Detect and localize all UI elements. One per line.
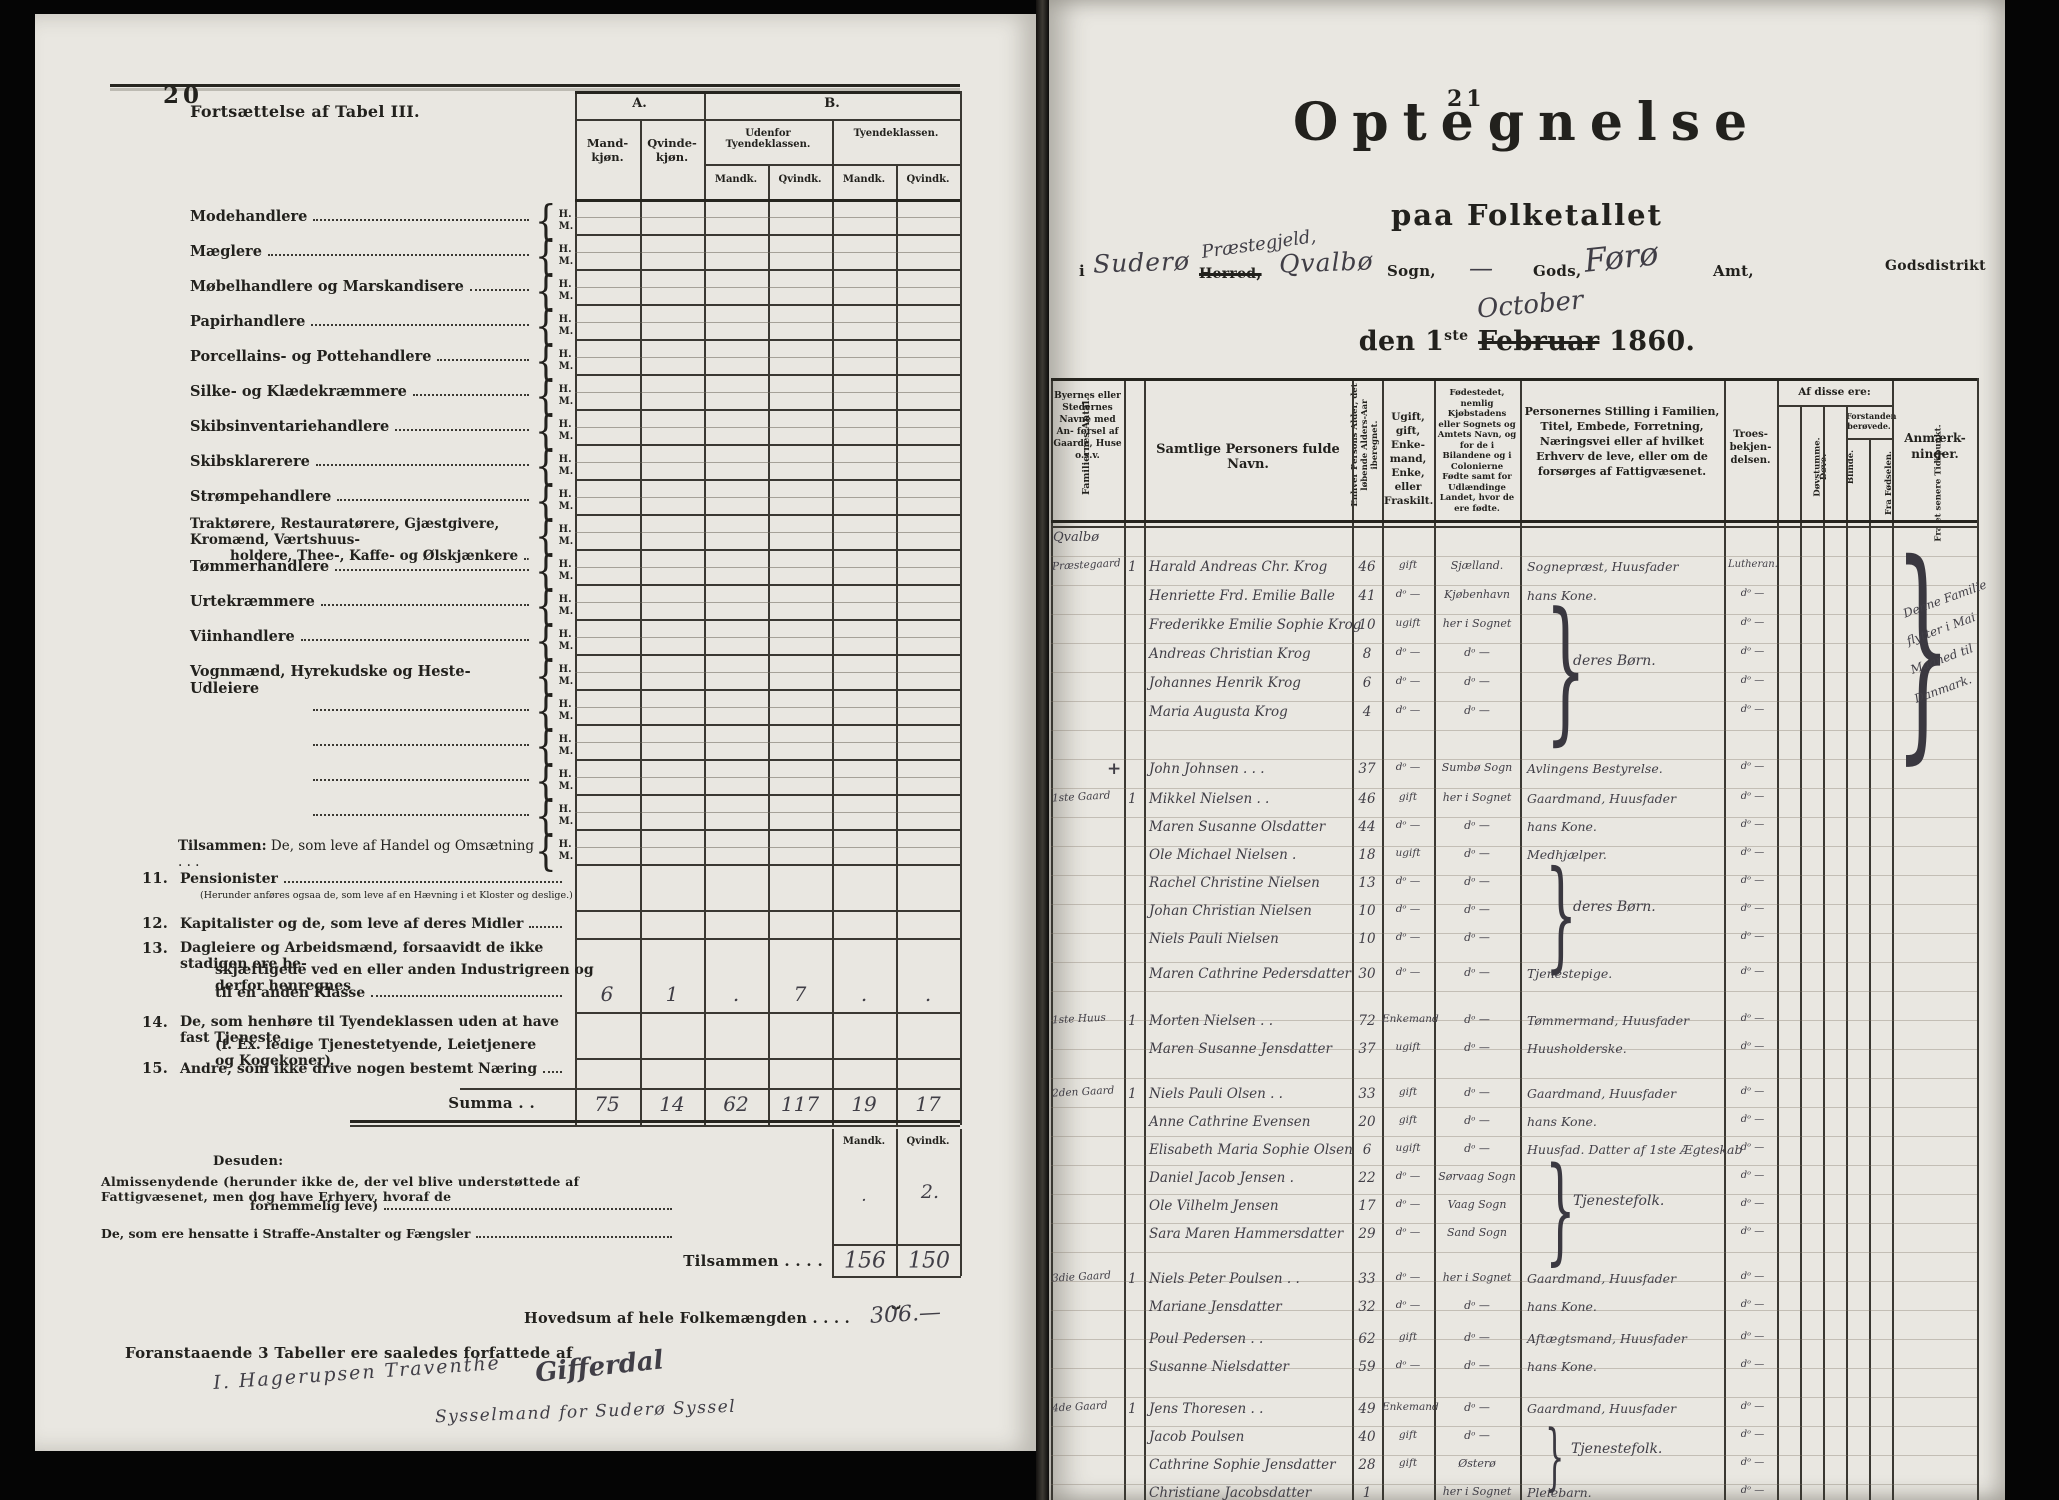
brace-glyph: { [535, 826, 557, 876]
group-label: Tjenestefolk. [1573, 1193, 1664, 1209]
person-age: 22 [1352, 1170, 1382, 1186]
almisse-line2: fornemmelig leve) [250, 1198, 678, 1213]
birthplace: Vaag Sogn [1434, 1198, 1520, 1211]
birthplace: dᵒ — [1434, 1331, 1520, 1344]
faith: dᵒ — [1728, 1331, 1777, 1342]
ruled-line [1051, 1194, 1977, 1195]
occupation-row: Viinhandlere [190, 628, 535, 645]
grid-hline [1051, 378, 1977, 381]
bottom-tilsammen-label: Tilsammen . . . . [635, 1252, 823, 1270]
col-mandk-2: Mandk. [832, 174, 896, 185]
tilsammen-bold: Tilsammen: [178, 838, 267, 854]
grid-hline [575, 910, 960, 912]
person-age: 37 [1352, 761, 1382, 777]
hdr-familiernes-antal-text: Familiernes Antal. [1081, 397, 1092, 495]
faith: Lutheran. [1728, 559, 1777, 570]
ruled-line [1051, 1136, 1977, 1137]
item-handwritten-value: . [733, 982, 739, 1006]
item-handwritten-value: . [925, 982, 931, 1006]
grid-vline [1051, 378, 1053, 1500]
occupation-label: Møbelhandlere og Marskandisere [190, 278, 535, 295]
hm-letters: H.M. [559, 489, 574, 513]
grid-hline [1846, 438, 1892, 440]
person-name: Niels Pauli Nielsen [1149, 931, 1279, 947]
faith: dᵒ — [1728, 1013, 1777, 1024]
person-age: 72 [1352, 1013, 1382, 1029]
person-name: Daniel Jacob Jensen . [1149, 1170, 1294, 1186]
brace-h: H. [559, 314, 574, 326]
brace-h: H. [559, 454, 574, 466]
margin-heading: Qvalbø [1053, 530, 1099, 545]
family-count: 1 [1128, 1271, 1137, 1287]
item-number: 15. [142, 1060, 168, 1077]
grid-hline [575, 304, 960, 306]
date-line: den 1ste Februar 1860. [1049, 326, 2005, 357]
dotted-leader [313, 208, 529, 221]
hm-letters: H.M. [559, 839, 574, 863]
ruled-line [1051, 730, 1977, 731]
person-name: Andreas Christian Krog [1149, 646, 1311, 662]
children-brace: } [1545, 1428, 1564, 1486]
marital-status: dᵒ — [1382, 761, 1434, 773]
item-number: 14. [142, 1014, 168, 1031]
person-name: Jens Thoresen . . [1149, 1401, 1263, 1417]
position-in-family: Avlingens Bestyrelse. [1527, 761, 1663, 776]
birthplace: Østerø [1434, 1457, 1520, 1470]
occupation-row: Tømmerhandlere [190, 558, 535, 575]
faith: dᵒ — [1728, 1299, 1777, 1310]
marital-status: gift [1382, 1331, 1434, 1343]
occupation-row: Vognmænd, Hyrekudske og Heste-Udleiere [190, 663, 535, 697]
brace-h: H. [559, 349, 574, 361]
col-qvindk-2: Qvindk. [896, 174, 960, 185]
grid-hline [575, 119, 960, 121]
forfattet-line: Foranstaaende 3 Tabeller ere saaledes fo… [125, 1344, 573, 1362]
occupation-label: Skibsinventariehandlere [190, 418, 535, 435]
person-name: Ole Michael Nielsen . [1149, 847, 1296, 863]
grid-subline [575, 777, 960, 778]
birthplace: Sumbø Sogn [1434, 761, 1520, 774]
summa-value: 14 [659, 1092, 684, 1116]
dotted-leader [384, 1199, 672, 1210]
marital-status: dᵒ — [1382, 1226, 1434, 1238]
summa-value: 19 [851, 1092, 876, 1116]
grid-hline [1051, 526, 1977, 528]
col-tyendeklassen: Tyendeklassen. [832, 128, 960, 139]
occupation-row: Urtekræmmere [190, 593, 535, 610]
occupation-row: Modehandlere [190, 208, 535, 225]
birthplace: dᵒ — [1434, 1041, 1520, 1054]
marital-status: ugift [1382, 847, 1434, 859]
place-label: 4de Gaard [1052, 1400, 1108, 1415]
faith: dᵒ — [1728, 1142, 1777, 1153]
box-line [960, 1129, 962, 1276]
item-line: Kapitalister og de, som leve af deres Mi… [180, 915, 568, 932]
person-age: 17 [1352, 1198, 1382, 1214]
occupation-row: Porcellains- og Pottehandlere [190, 348, 535, 365]
hm-letters: H.M. [559, 349, 574, 373]
grid-subline [575, 252, 960, 253]
title: Optegnelse [1049, 92, 2005, 153]
dotted-leader [529, 915, 562, 928]
occupation-label: Modehandlere [190, 208, 535, 225]
marital-status: gift [1382, 1114, 1434, 1126]
birthplace: dᵒ — [1434, 875, 1520, 888]
birthplace: dᵒ — [1434, 1086, 1520, 1099]
col-mandk-1: Mandk. [704, 174, 768, 185]
hdr-troesbekjendelsen: Troes- bekjen- delsen. [1726, 428, 1775, 467]
date-struck: Februar [1478, 326, 1599, 357]
dotted-leader [313, 768, 529, 781]
brace-h: H. [559, 629, 574, 641]
grid-subline [575, 532, 960, 533]
faith: dᵒ — [1728, 1401, 1777, 1412]
brace-m: M. [559, 396, 574, 408]
brace-h: H. [559, 419, 574, 431]
occupation-row: Traktørere, Restauratørere, Gjæstgivere,… [190, 516, 535, 564]
birthplace: dᵒ — [1434, 1299, 1520, 1312]
marital-status: Enkemand [1382, 1013, 1434, 1025]
birthplace: dᵒ — [1434, 704, 1520, 717]
ruled-line [1051, 1455, 1977, 1456]
birthplace: dᵒ — [1434, 1114, 1520, 1127]
occupation-row: Skibsklarerere [190, 453, 535, 470]
printed-herred: Herred, [1199, 266, 1262, 282]
faith: dᵒ — [1728, 1114, 1777, 1125]
tilsammen-value-m: 156 [844, 1249, 886, 1274]
scanned-census-spread: 20 Fortsættelse af Tabel III. A. B. Mand… [0, 0, 2059, 1500]
item-note: (Herunder anføres ogsaa de, som leve af … [200, 890, 573, 901]
position-in-family: hans Kone. [1527, 1359, 1597, 1374]
hovedsum-label: Hovedsum af hele Folkemængden . . . . [465, 1310, 850, 1327]
marital-status: dᵒ — [1382, 704, 1434, 716]
brace-h: H. [559, 699, 574, 711]
faith: dᵒ — [1728, 1086, 1777, 1097]
top-rule [110, 84, 960, 87]
marital-status: dᵒ — [1382, 1359, 1434, 1371]
faith: dᵒ — [1728, 646, 1777, 657]
marital-status: dᵒ — [1382, 1271, 1434, 1283]
left-page: 20 Fortsættelse af Tabel III. A. B. Mand… [35, 14, 1036, 1451]
birthplace: dᵒ — [1434, 1429, 1520, 1442]
item-line: Andre, som ikke drive nogen bestemt Næri… [180, 1060, 568, 1077]
grid-vline [896, 164, 898, 1125]
hdr-subcol-2: Blinde. [1846, 450, 1856, 484]
person-age: 6 [1352, 1142, 1382, 1158]
brace-m: M. [559, 816, 574, 828]
ruled-line [1051, 817, 1977, 818]
person-name: Maren Cathrine Pedersdatter [1149, 966, 1351, 982]
brace-m: M. [559, 361, 574, 373]
hw-october: October [1476, 285, 1585, 324]
grid-subline [575, 427, 960, 428]
faith: dᵒ — [1728, 675, 1777, 686]
brace-m: M. [559, 676, 574, 688]
ruled-line [1051, 1107, 1977, 1108]
faith: dᵒ — [1728, 1041, 1777, 1052]
marital-status: dᵒ — [1382, 675, 1434, 687]
position-in-family: hans Kone. [1527, 1114, 1597, 1129]
dotted-leader [476, 1227, 672, 1238]
hm-letters: H.M. [559, 559, 574, 583]
family-count: 1 [1128, 559, 1137, 575]
birthplace: Kjøbenhavn [1434, 588, 1520, 601]
straffe-line: De, som ere hensatte i Straffe-Anstalter… [101, 1226, 678, 1241]
dotted-leader [543, 1060, 562, 1073]
grid-subline [575, 287, 960, 288]
col-group-a: A. [575, 96, 704, 111]
person-name: Susanne Nielsdatter [1149, 1359, 1289, 1375]
ruled-line [1051, 701, 1977, 702]
position-in-family: Gaardmand, Huusfader [1527, 1401, 1676, 1416]
children-brace: } [1545, 868, 1577, 964]
summa-value: 62 [723, 1092, 748, 1116]
dotted-leader [337, 488, 529, 501]
birthplace: dᵒ — [1434, 1142, 1520, 1155]
family-count: 1 [1128, 1013, 1137, 1029]
birthplace: dᵒ — [1434, 675, 1520, 688]
brace-m: M. [559, 536, 574, 548]
almisse-line2-text: fornemmelig leve) [250, 1198, 378, 1213]
place-label: 3die Gaard [1052, 1269, 1112, 1284]
position-in-family: Tømmermand, Huusfader [1527, 1013, 1689, 1028]
grid-subline [575, 637, 960, 638]
person-age: 44 [1352, 819, 1382, 835]
dotted-leader [311, 313, 529, 326]
person-name: Frederikke Emilie Sophie Krog [1149, 617, 1361, 633]
ruled-line [1051, 585, 1977, 586]
person-age: 20 [1352, 1114, 1382, 1130]
occupation-label: Silke- og Klædekræmmere [190, 383, 535, 400]
col-group-b: B. [704, 96, 960, 111]
occupation-label: Viinhandlere [190, 628, 535, 645]
dotted-leader [413, 383, 529, 396]
hm-brace: {H.M. [535, 831, 573, 871]
person-name: Mariane Jensdatter [1149, 1299, 1282, 1315]
grid-hline [575, 234, 960, 236]
dotted-leader [301, 628, 529, 641]
grid-hline [575, 444, 960, 446]
loc-prefix: i [1079, 262, 1085, 280]
ruled-line [1051, 614, 1977, 615]
occupation-row: Silke- og Klædekræmmere [190, 383, 535, 400]
dotted-leader [335, 558, 529, 571]
grid-subline [575, 322, 960, 323]
grid-vline [1892, 378, 1894, 1500]
dotted-leader [437, 348, 529, 361]
birthplace: dᵒ — [1434, 819, 1520, 832]
brace-m: M. [559, 291, 574, 303]
person-name: Niels Peter Poulsen . . [1149, 1271, 1300, 1287]
col-mandkjon: Mand-kjøn. [575, 136, 640, 164]
hdr-alder-text: Enhver Persons Alder, det løbende Alders… [1350, 379, 1380, 511]
birthplace: dᵒ — [1434, 903, 1520, 916]
hm-letters: H.M. [559, 384, 574, 408]
grid-hline [575, 759, 960, 761]
person-name: Maren Susanne Olsdatter [1149, 819, 1325, 835]
col-udenfor-tyende: Udenfor Tyendeklassen. [704, 128, 832, 150]
person-age: 40 [1352, 1429, 1382, 1445]
dotted-leader [313, 803, 529, 816]
printed-sogn: Sogn, [1387, 262, 1436, 280]
brace-m: M. [559, 606, 574, 618]
birthplace: dᵒ — [1434, 847, 1520, 860]
brace-m: M. [559, 746, 574, 758]
person-name: Christiane Jacobsdatter [1149, 1485, 1311, 1500]
ruled-line [1051, 556, 1977, 557]
person-age: 1 [1352, 1485, 1382, 1500]
ruled-line [1051, 672, 1977, 673]
dotted-leader [316, 453, 529, 466]
brace-h: H. [559, 839, 574, 851]
hw-suderoe: Suderø [1093, 246, 1191, 278]
brace-m: M. [559, 466, 574, 478]
hw-dash: — [1469, 254, 1493, 282]
grid-vline [1869, 438, 1871, 1500]
grid-vline [1777, 378, 1779, 1500]
grid-hline [575, 479, 960, 481]
brace-h: H. [559, 559, 574, 571]
grid-subline [575, 847, 960, 848]
person-name: Anne Cathrine Evensen [1149, 1114, 1310, 1130]
brace-h: H. [559, 664, 574, 676]
position-in-family: hans Kone. [1527, 819, 1597, 834]
children-brace: } [1545, 1164, 1576, 1256]
hdr-civilstand: Ugift, gift, Enke- mand, Enke, eller Fra… [1384, 410, 1432, 508]
person-name: Niels Pauli Olsen . . [1149, 1086, 1283, 1102]
item-number: 11. [142, 870, 168, 887]
ruled-line [1051, 1397, 1977, 1398]
grid-vline [768, 164, 770, 1125]
person-age: 33 [1352, 1271, 1382, 1287]
birthplace: Sørvaag Sogn [1434, 1170, 1520, 1183]
summa-double-rule [350, 1120, 960, 1123]
grid-hline [575, 584, 960, 586]
person-name: John Johnsen . . . [1149, 761, 1265, 777]
grid-subline [575, 707, 960, 708]
tilsammen-row: Tilsammen: De, som leve af Handel og Oms… [178, 838, 535, 870]
dotted-leader [284, 870, 562, 883]
brace-m: M. [559, 711, 574, 723]
item-handwritten-value: 7 [794, 982, 807, 1006]
dotted-leader [268, 243, 529, 256]
position-in-family: Sognepræst, Huusfader [1527, 559, 1679, 574]
brace-h: H. [559, 489, 574, 501]
brace-h: H. [559, 594, 574, 606]
brace-m: M. [559, 221, 574, 233]
hm-letters: H.M. [559, 419, 574, 443]
marital-status: gift [1382, 1457, 1434, 1469]
faith: dᵒ — [1728, 875, 1777, 886]
anm-brace: } [1895, 556, 1951, 742]
grid-hline [575, 514, 960, 516]
grid-vline [1977, 378, 1979, 1500]
group-label: deres Børn. [1573, 653, 1656, 669]
printed-godsdistrikt: Godsdistrikt [1885, 258, 1986, 274]
person-age: 62 [1352, 1331, 1382, 1347]
box-col-qvindk: Qvindk. [896, 1136, 960, 1147]
dotted-leader [395, 418, 529, 431]
position-in-family: Huusholderske. [1527, 1041, 1627, 1056]
place-label: 2den Gaard [1052, 1084, 1115, 1099]
person-name: Rachel Christine Nielsen [1149, 875, 1320, 891]
person-age: 10 [1352, 931, 1382, 947]
blank-occupation-row [307, 803, 535, 819]
birthplace: her i Sognet [1434, 1485, 1520, 1498]
person-name: Johannes Henrik Krog [1149, 675, 1301, 691]
brace-h: H. [559, 734, 574, 746]
hm-letters: H.M. [559, 524, 574, 548]
person-name: Sara Maren Hammersdatter [1149, 1226, 1343, 1242]
occupation-row: Strømpehandlere [190, 488, 535, 505]
faith: dᵒ — [1728, 704, 1777, 715]
person-age: 6 [1352, 675, 1382, 691]
dotted-leader [321, 593, 529, 606]
hdr-foedested: Fødestedet, nemlig Kjøbstadens eller Sog… [1437, 388, 1517, 514]
grid-hline [575, 829, 960, 831]
ruled-line [1051, 1078, 1977, 1079]
summa-value: 75 [594, 1092, 619, 1116]
hdr-af-disse-ere: Af disse ere: [1777, 386, 1892, 398]
faith: dᵒ — [1728, 819, 1777, 830]
grid-hline [460, 1088, 960, 1090]
item-line: Pensionister [180, 870, 568, 887]
summa-double-rule [350, 1125, 960, 1127]
family-count: 1 [1128, 1401, 1137, 1417]
person-age: 18 [1352, 847, 1382, 863]
grid-hline [575, 654, 960, 656]
col-qvindk-1: Qvindk. [768, 174, 832, 185]
dotted-leader [371, 984, 562, 997]
hm-letters: H.M. [559, 244, 574, 268]
grid-subline [575, 672, 960, 673]
children-brace: } [1545, 608, 1586, 732]
faith: dᵒ — [1728, 903, 1777, 914]
ruled-line [1051, 643, 1977, 644]
hw-foro-amt: Førø [1582, 234, 1660, 280]
marital-status: ugift [1382, 617, 1434, 629]
hm-letters: H.M. [559, 594, 574, 618]
brace-h: H. [559, 804, 574, 816]
person-name: Maria Augusta Krog [1149, 704, 1288, 720]
faith: dᵒ — [1728, 1485, 1777, 1496]
brace-m: M. [559, 851, 574, 863]
box-line [896, 1129, 898, 1276]
person-age: 10 [1352, 617, 1382, 633]
occupation-label: Papirhandlere [190, 313, 535, 330]
marital-status: dᵒ — [1382, 931, 1434, 943]
occupation-label: Urtekræmmere [190, 593, 535, 610]
marital-status: ugift [1382, 1041, 1434, 1053]
date-sup: ste [1444, 328, 1468, 344]
hm-letters: H.M. [559, 279, 574, 303]
grid-subline [575, 812, 960, 813]
grid-vline [1124, 378, 1126, 1500]
grid-subline [575, 497, 960, 498]
person-age: 29 [1352, 1226, 1382, 1242]
grid-hline [1051, 520, 1977, 523]
birthplace: dᵒ — [1434, 1359, 1520, 1372]
brace-h: H. [559, 769, 574, 781]
grid-hline [575, 199, 960, 202]
brace-h: H. [559, 244, 574, 256]
grid-hline [575, 549, 960, 551]
person-name: Poul Pedersen . . [1149, 1331, 1263, 1347]
hovedsum-value: 306.— [869, 1300, 941, 1329]
birthplace: her i Sognet [1434, 1271, 1520, 1284]
occupation-label: Vognmænd, Hyrekudske og Heste-Udleiere [190, 663, 535, 697]
ruled-line [1051, 1165, 1977, 1166]
